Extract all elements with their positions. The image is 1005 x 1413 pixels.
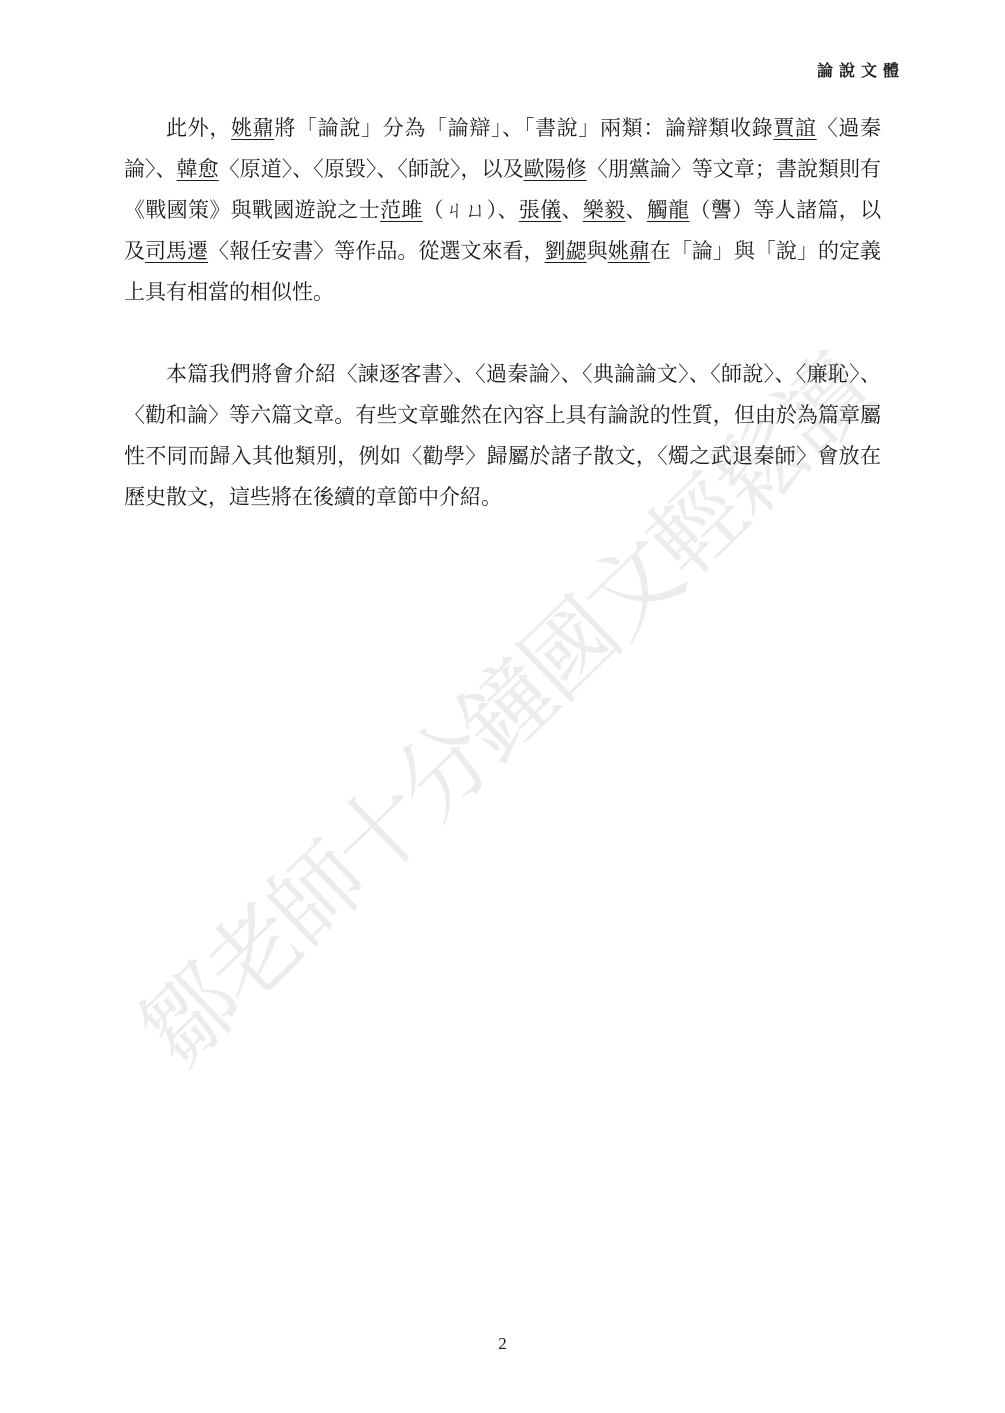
text-run: 本篇我們將會介紹〈諫逐客書〉、〈過秦論〉、〈典論論文〉、〈師說〉、〈廉恥〉、〈勸… [124, 362, 881, 509]
text-run: 、 [561, 198, 582, 222]
underlined-name: 樂毅 [583, 198, 626, 222]
page-number: 2 [0, 1334, 1005, 1354]
underlined-name: 姚鼐 [608, 239, 650, 263]
document-body: 此外，姚鼐將「論說」分為「論辯」、「書說」兩類：論辯類收錄賈誼〈過秦論〉、韓愈〈… [124, 108, 881, 518]
text-run: 將「論說」分為「論辯」、「書說」兩類：論辯類收錄 [274, 116, 773, 140]
underlined-name: 歐陽修 [524, 157, 587, 181]
text-run: 此外， [166, 116, 231, 140]
underlined-name: 張儀 [519, 198, 562, 222]
text-run: 與 [587, 239, 608, 263]
page-header-title: 論說文體 [817, 58, 905, 81]
paragraph-yao-nai-classification: 此外，姚鼐將「論說」分為「論辯」、「書說」兩類：論辯類收錄賈誼〈過秦論〉、韓愈〈… [124, 108, 881, 313]
paragraph-chapter-overview: 本篇我們將會介紹〈諫逐客書〉、〈過秦論〉、〈典論論文〉、〈師說〉、〈廉恥〉、〈勸… [124, 354, 881, 518]
underlined-name: 觸龍 [647, 198, 690, 222]
text-run: 〈報任安書〉等作品。從選文來看， [208, 239, 544, 263]
text-run: 〈原道〉、〈原毀〉、〈師說〉，以及 [219, 157, 524, 181]
underlined-name: 韓愈 [177, 157, 219, 181]
underlined-name: 司馬遷 [145, 239, 208, 263]
underlined-name: 姚鼐 [231, 116, 274, 140]
text-run: （ㄐㄩ）、 [423, 198, 519, 222]
underlined-name: 范雎 [380, 198, 423, 222]
underlined-name: 劉勰 [545, 239, 587, 263]
underlined-name: 賈誼 [773, 116, 816, 140]
text-run: 、 [625, 198, 646, 222]
document-page: 鄒老師十分鐘國文輕鬆讀 論說文體 此外，姚鼐將「論說」分為「論辯」、「書說」兩類… [0, 0, 1005, 1413]
